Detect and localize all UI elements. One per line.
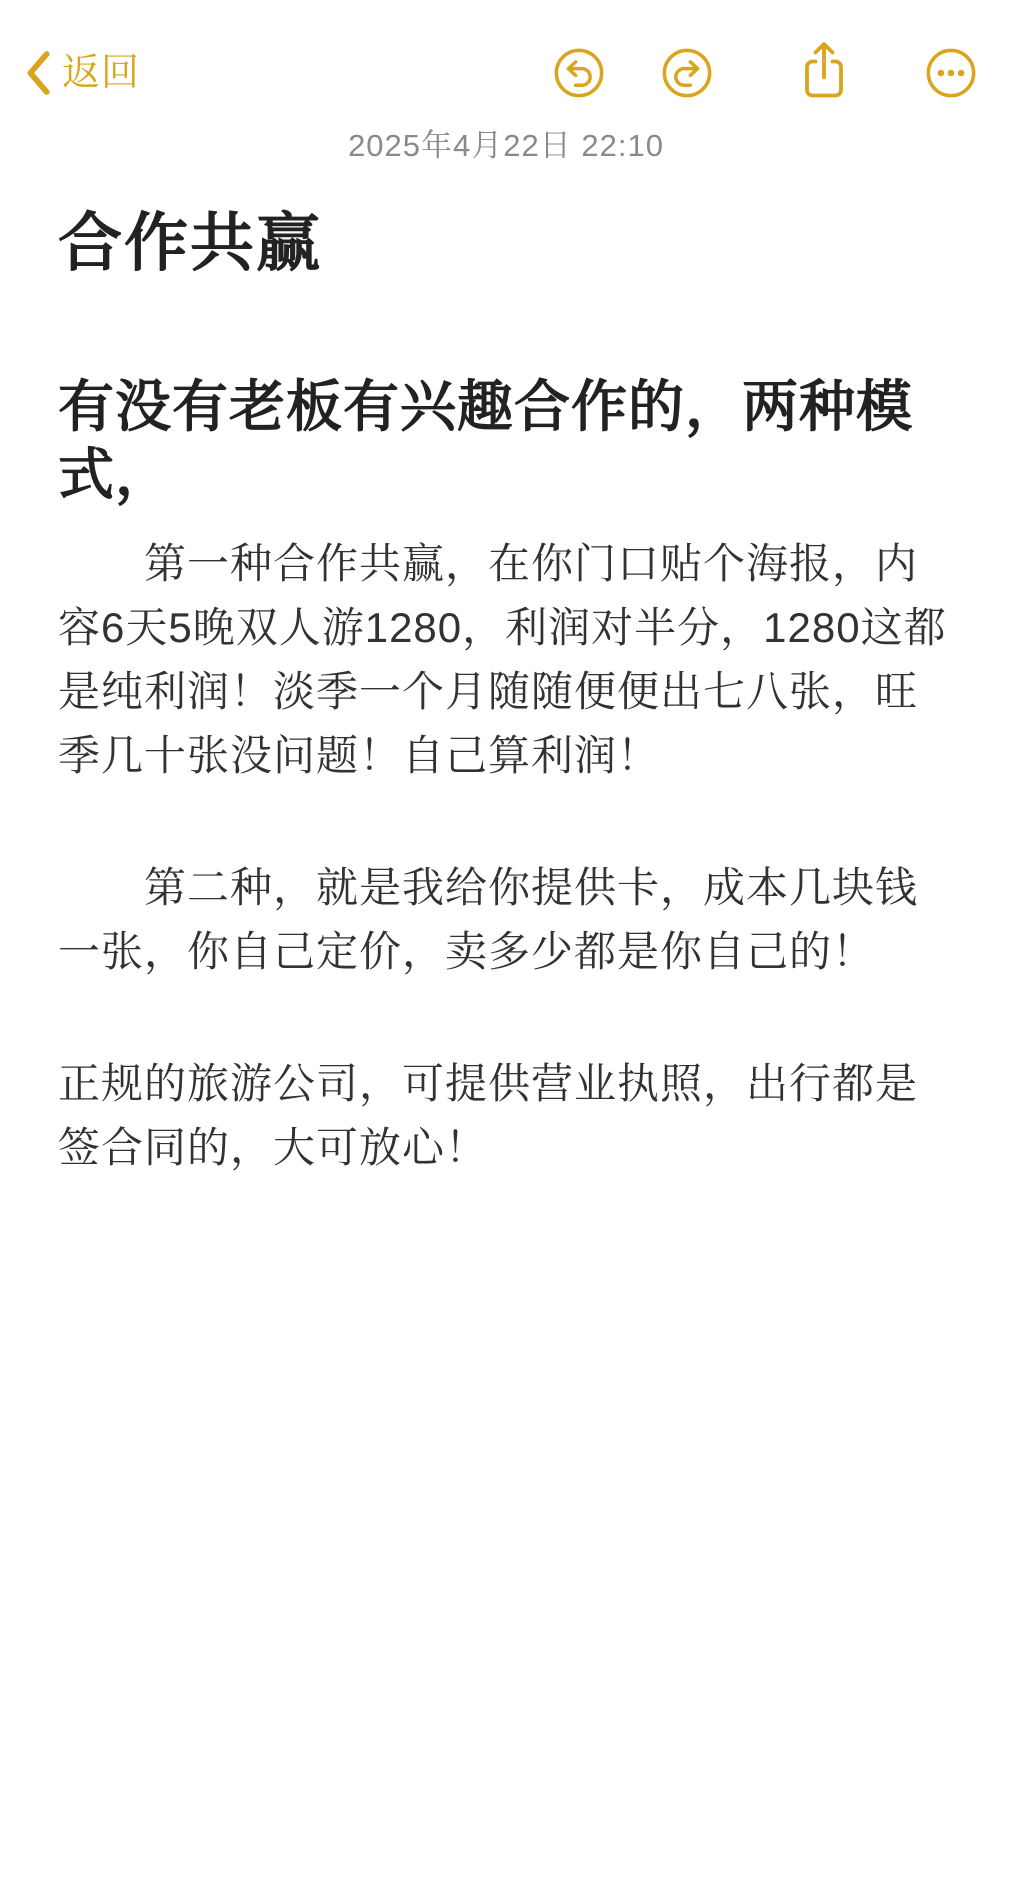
share-button[interactable] xyxy=(796,45,852,101)
back-label: 返回 xyxy=(62,54,140,92)
ellipsis-icon xyxy=(924,46,978,100)
note-heading[interactable]: 有没有老板有兴趣合作的，两种模式， xyxy=(58,373,954,511)
note-title[interactable]: 合作共赢 xyxy=(58,207,954,281)
undo-button[interactable] xyxy=(552,46,606,100)
notes-app-screen: 返回 xyxy=(0,0,1012,1899)
navigation-bar: 返回 xyxy=(0,0,1012,112)
more-button[interactable] xyxy=(924,46,978,100)
note-paragraph-3[interactable]: 正规的旅游公司，可提供营业执照，出行都是签合同的，大可放心！ xyxy=(58,1052,954,1180)
note-paragraph-1[interactable]: 第一种合作共赢，在你门口贴个海报，内容6天5晚双人游1280，利润对半分，128… xyxy=(58,532,954,788)
toolbar-actions xyxy=(552,45,978,101)
redo-icon xyxy=(660,46,714,100)
note-editor[interactable]: 合作共赢 有没有老板有兴趣合作的，两种模式， 第一种合作共赢，在你门口贴个海报，… xyxy=(0,165,1012,1180)
redo-button[interactable] xyxy=(660,46,714,100)
note-timestamp: 2025年4月22日 22:10 xyxy=(0,120,1012,165)
share-icon xyxy=(796,39,852,101)
note-paragraph-2[interactable]: 第二种，就是我给你提供卡，成本几块钱一张，你自己定价，卖多少都是你自己的！ xyxy=(58,856,954,984)
undo-icon xyxy=(552,46,606,100)
chevron-left-icon xyxy=(22,47,52,99)
back-button[interactable]: 返回 xyxy=(22,47,140,99)
